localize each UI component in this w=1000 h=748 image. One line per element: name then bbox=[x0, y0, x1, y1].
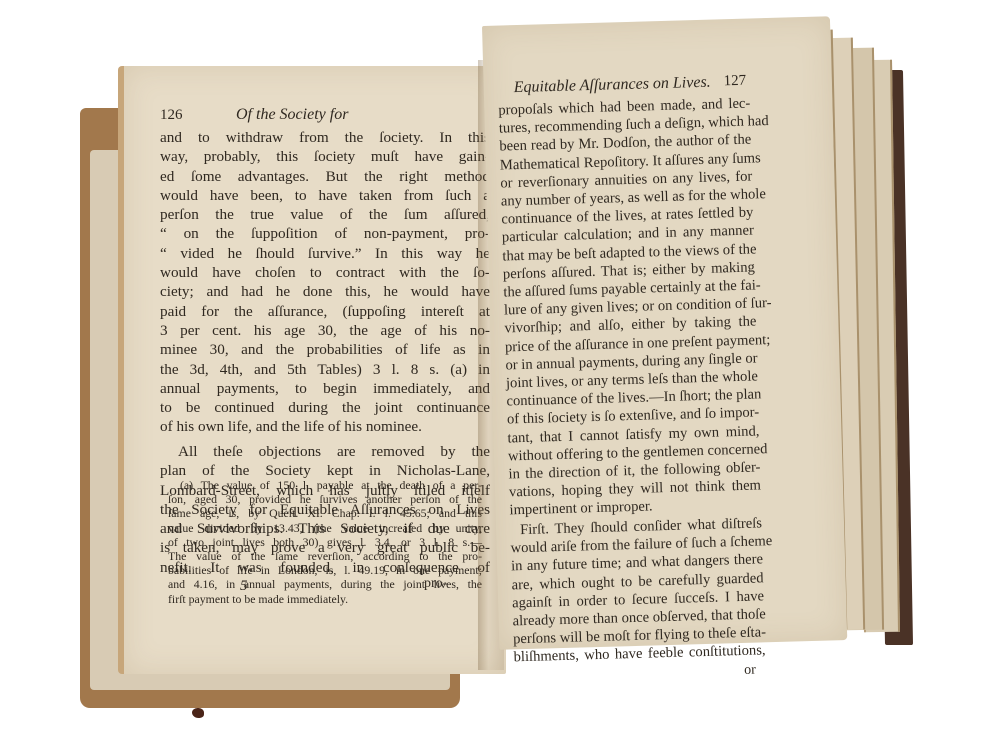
footnote-line: ſame age, is, by Queſt. XI. Chap. I. l. … bbox=[168, 506, 482, 520]
footnote-line: The value of the ſame reverſion, accordi… bbox=[168, 549, 482, 563]
text-line: of his own life, and the life of his nom… bbox=[160, 417, 490, 436]
catchword: or bbox=[744, 663, 756, 679]
signature-mark: 5 bbox=[240, 578, 248, 595]
text-line: ciety; and had he done this, he would ha… bbox=[160, 282, 490, 301]
text-line: “ vided he ſhould ſurvive.” In this way … bbox=[160, 244, 490, 263]
text-line: to be continued during the joint continu… bbox=[160, 398, 490, 417]
footnote-line: firſt payment to be made immediately. bbox=[168, 592, 482, 606]
page-number: 127 bbox=[723, 73, 746, 91]
catchword: pro- bbox=[424, 576, 447, 592]
text-line: would have been, to have taken from ſuch… bbox=[160, 186, 490, 205]
running-head: Of the Society for bbox=[236, 106, 348, 124]
text-line: All theſe objections are removed by the bbox=[160, 442, 490, 461]
running-head: Equitable Aſſurances on Lives. bbox=[513, 74, 710, 97]
footnote-line: of two joint lives both 30) gives l. 3.4… bbox=[168, 535, 482, 549]
left-paragraph-1: and to withdraw from the ſociety. In thi… bbox=[160, 128, 490, 437]
right-paragraph-2: Firſt. They ſhould conſider what diſtreſ… bbox=[510, 514, 766, 667]
text-line: perſon the true value of the ſum aſſured… bbox=[160, 205, 490, 224]
text-line: “ on the ſuppoſition of non-payment, pro… bbox=[160, 224, 490, 243]
text-line: would have choſen to contract with the ſ… bbox=[160, 263, 490, 282]
text-line: annual payments, to begin immediately, a… bbox=[160, 379, 490, 398]
text-line: minee 30, and the probabilities of life … bbox=[160, 340, 490, 359]
text-line: ed ſome advantages. But the right method bbox=[160, 167, 490, 186]
footnote-line: value divided by 13.43, (the value incre… bbox=[168, 521, 482, 535]
footnote-line: ſon, aged 30, provided he ſurvives anoth… bbox=[168, 492, 482, 506]
right-page: Equitable Aſſurances on Lives. 127 propo… bbox=[482, 16, 847, 649]
left-page-header: 126 bbox=[160, 106, 183, 124]
text-line: way, probably, this ſociety muſt have ga… bbox=[160, 147, 490, 166]
right-paragraph-1: propoſals which had been made, and lec- … bbox=[498, 95, 762, 521]
left-page: 126 Of the Society for and to withdraw f… bbox=[118, 66, 506, 674]
footnote-line: (a) The value of 150 l. payable at the d… bbox=[168, 478, 482, 492]
text-line: the 3d, 4th, and 5th Tables) 3 l. 8 s. (… bbox=[160, 360, 490, 379]
page-number: 126 bbox=[160, 107, 183, 123]
text-line: 3 per cent. his age 30, the age of his n… bbox=[160, 321, 490, 340]
text-line: and to withdraw from the ſociety. In thi… bbox=[160, 128, 490, 147]
text-line: paid for the aſſurance, (ſuppoſing inter… bbox=[160, 302, 490, 321]
bookmark-ribbon bbox=[192, 708, 204, 718]
